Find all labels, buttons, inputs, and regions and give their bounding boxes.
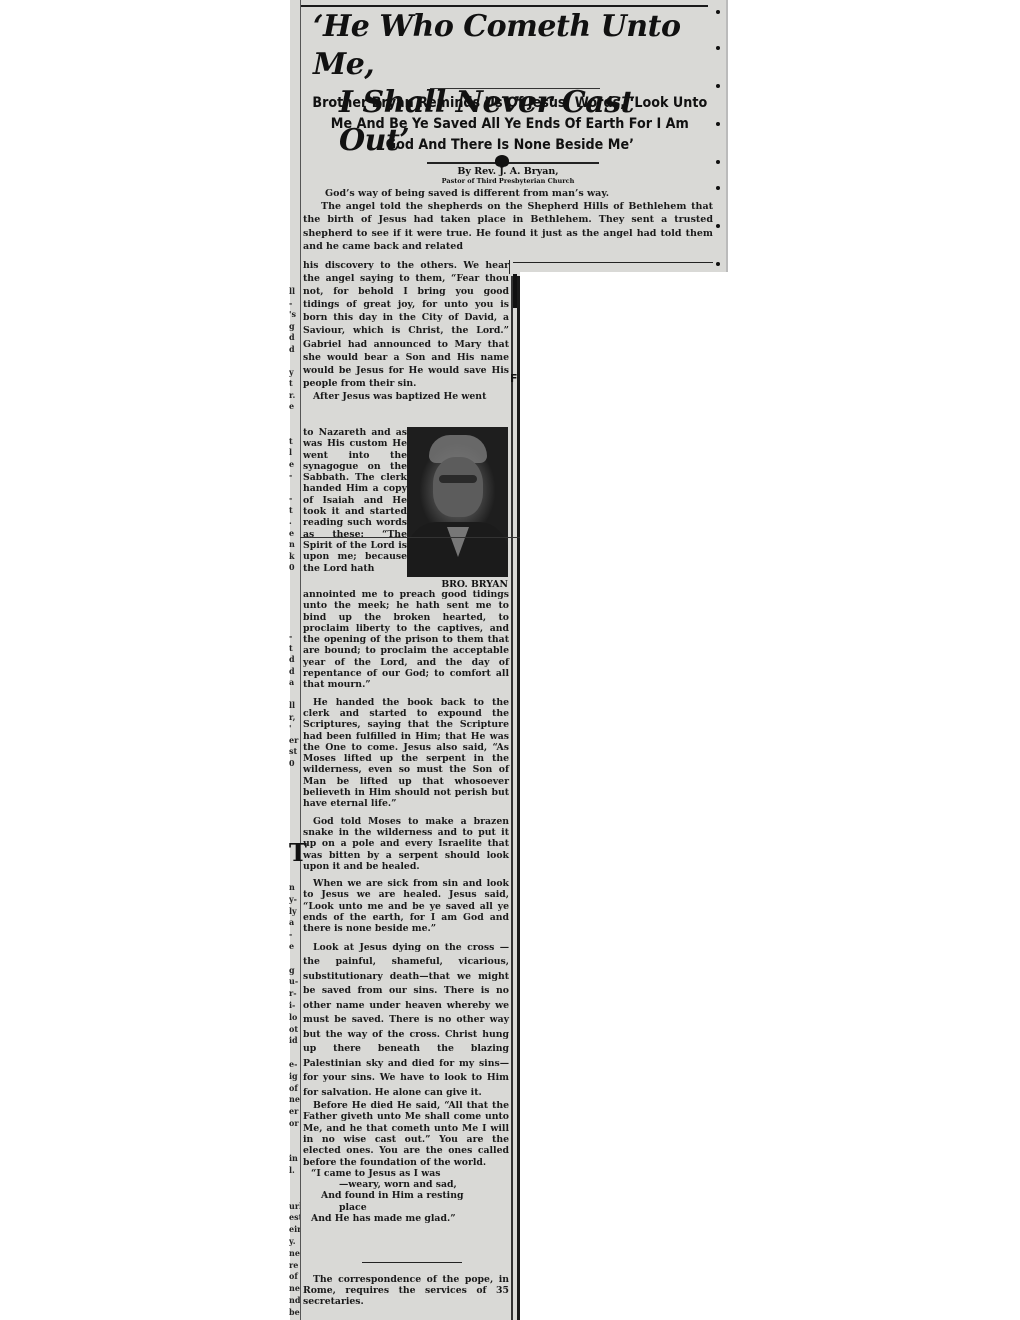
body-paragraph: When we are sick from sin and look to Je… — [303, 878, 509, 934]
lead-paragraph: The angel told the shepherds on the Shep… — [303, 200, 713, 253]
body-paragraph: Look at Jesus dying on the cross —the pa… — [303, 941, 509, 1101]
body-paragraph: Before He died He said, “All that the Fa… — [303, 1100, 509, 1168]
clipping-top-right-edge — [726, 0, 728, 272]
adjacent-column-bar — [513, 274, 517, 308]
lead-paragraph: God’s way of being saved is different fr… — [303, 187, 713, 200]
edge-dot — [716, 160, 720, 164]
filler-item: The correspondence of the pope, in Rome,… — [303, 1274, 509, 1307]
edge-dot — [716, 10, 720, 14]
edge-dot — [716, 84, 720, 88]
body-column-main: annointed me to preach good tidings unto… — [303, 577, 509, 1224]
byline: By Rev. J. A. Bryan, Pastor of Third Pre… — [303, 166, 713, 185]
poem-line: And He has made me glad.” — [303, 1213, 509, 1224]
poem-line: And found in Him a resting — [303, 1190, 509, 1201]
deck-line-2: Me And Be Ye Saved All Ye Ends Of Earth … — [303, 114, 717, 135]
edge-dot — [716, 46, 720, 50]
body-paragraph: After Jesus was baptized He went — [303, 390, 509, 403]
clipping-cut-line — [300, 537, 520, 538]
adjacent-column-fragments-bottom: n y- ly a - e g u- r- i- lo ot id e- ig … — [289, 882, 300, 1318]
edge-dot — [716, 186, 720, 190]
deck-line-3: God And There Is None Beside Me’ — [303, 135, 717, 156]
poem-line: place — [303, 1202, 509, 1213]
byline-author: By Rev. J. A. Bryan, — [457, 166, 558, 177]
edge-dots — [716, 0, 724, 270]
clipping-right-edge — [517, 276, 520, 1320]
byline-title: Pastor of Third Presbyterian Church — [303, 177, 713, 185]
body-paragraph: He handed the book back to the clerk and… — [303, 697, 509, 810]
poem-line: “I came to Jesus as I was — [303, 1168, 509, 1179]
portrait-photo — [407, 427, 508, 577]
left-column-border — [300, 0, 301, 1320]
poem-quote: “I came to Jesus as I was —weary, worn a… — [303, 1168, 509, 1224]
article-end-rule — [362, 1262, 462, 1263]
column-cutoff-rule — [513, 262, 713, 263]
poem-line: —weary, worn and sad, — [303, 1179, 509, 1190]
body-paragraph: his discovery to the others. We hear the… — [303, 259, 509, 390]
headline-rule — [430, 88, 600, 89]
body-column-intro: his discovery to the others. We hear the… — [303, 259, 509, 403]
deck-rule — [427, 162, 599, 164]
subheadline-deck: Brother Bryan Reminds Us Of Jesus’ Words… — [303, 93, 717, 156]
top-rule-divider — [300, 5, 708, 7]
photo-wrap-text: to Nazareth and as was His custom He wen… — [303, 427, 407, 574]
deck-line-1: Brother Bryan Reminds Us Of Jesus’ Words… — [303, 93, 717, 114]
body-paragraph: annointed me to preach good tidings unto… — [303, 589, 509, 691]
column-separator — [509, 260, 510, 274]
adjacent-column-fragments-top: ll - 's g d d y t r. e t l e - - t . e n… — [289, 286, 300, 769]
lead-paragraphs: God’s way of being saved is different fr… — [303, 187, 713, 253]
column-right-border — [511, 276, 513, 1320]
adjacent-column-fragment: F — [510, 372, 518, 385]
headline-line-1: ‘He Who Cometh Unto Me, — [303, 8, 713, 84]
filler-paragraph: The correspondence of the pope, in Rome,… — [303, 1274, 509, 1307]
edge-dot — [716, 224, 720, 228]
body-paragraph: God told Moses to make a brazen snake in… — [303, 816, 509, 872]
edge-dot — [716, 262, 720, 266]
